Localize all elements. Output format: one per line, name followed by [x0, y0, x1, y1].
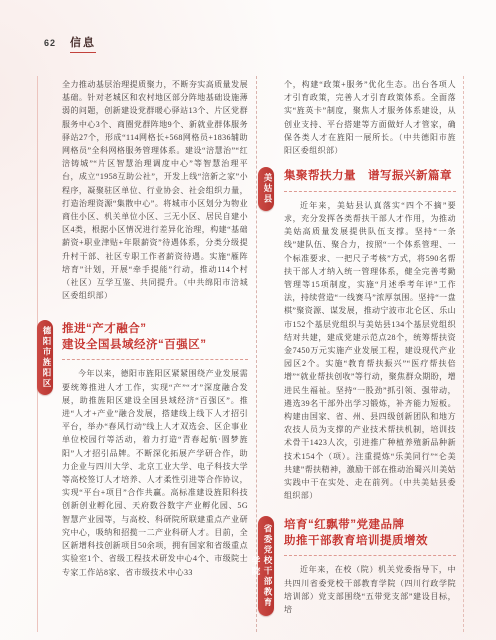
jingyang-article-continuation: 个，构建“政策+服务”优化生态。出台各项人才引育政策，完善人才引育政策体系。全面…	[284, 78, 456, 157]
magazine-page: 62 信息 全力推动基层治理提质聚力，不断夯实高质量发展基础。针对老城区和农村地…	[0, 0, 496, 640]
page-number: 62	[44, 38, 56, 48]
column-divider	[256, 76, 257, 632]
left-column: 全力推动基层治理提质聚力，不断夯实高质量发展基础。针对老城区和农村地区部分阵地基…	[62, 78, 248, 579]
fucheng-article-continuation: 全力推动基层治理提质聚力，不断夯实高质量发展基础。针对老城区和农村地区部分阵地基…	[62, 78, 248, 302]
article-jingyang-title: 推进“产才融合” 建设全国县域经济“百强区”	[62, 322, 248, 353]
meigu-body-text: 近年来，美姑县认真落实“四个不摘”要求，充分发挥各类帮扶干部人才作用，为推动美姑…	[284, 201, 456, 487]
headline-separator	[284, 555, 456, 556]
article-jingyang: 德阳市旌阳区 推进“产才融合” 建设全国县域经济“百强区” 今年以来，德阳市旌阳…	[62, 322, 248, 578]
right-column: 个，构建“政策+服务”优化生态。出台各项人才引育政策，完善人才引育政策体系。全面…	[284, 78, 456, 616]
region-label-school: 省委党校干部教育学院	[258, 516, 274, 616]
article-meigu: 美姑县 集聚帮扶力量 谱写振兴新篇章 近年来，美姑县认真落实“四个不摘”要求，充…	[284, 169, 456, 502]
title-line-1: 培育“红飘带”党建品牌	[284, 518, 456, 534]
title-line-1: 推进“产才融合”	[62, 322, 248, 338]
page-header: 62 信息	[44, 34, 96, 53]
title-line-2: 助推干部教育培训提质增效	[284, 534, 456, 550]
article-meigu-title: 集聚帮扶力量 谱写振兴新篇章	[284, 169, 456, 185]
section-title: 信息	[70, 34, 96, 53]
continuation-text: 全力推动基层治理提质聚力，不断夯实高质量发展基础。针对老城区和农村地区部分阵地基…	[62, 80, 248, 287]
article-school: 省委党校干部教育学院 培育“红飘带”党建品牌 助推干部教育培训提质增效 近年来，…	[284, 518, 456, 616]
region-label-jingyang: 德阳市旌阳区	[37, 320, 53, 395]
headline-separator	[284, 191, 456, 192]
right-margin-line	[463, 76, 464, 632]
article-school-title: 培育“红飘带”党建品牌 助推干部教育培训提质增效	[284, 518, 456, 549]
article-jingyang-body: 今年以来，德阳市旌阳区紧紧围绕产业发展需要统筹推进人才工作，实现“产”“才”深度…	[62, 367, 248, 578]
region-label-meigu: 美姑县	[258, 167, 274, 211]
article-meigu-body: 近年来，美姑县认真落实“四个不摘”要求，充分发挥各类帮扶干部人才作用，为推动美姑…	[284, 199, 456, 503]
headline-separator	[62, 359, 248, 360]
title-line-2: 建设全国县域经济“百强区”	[62, 338, 248, 354]
article-school-body: 近年来，在校（院）机关党委指导下，中共四川省委党校干部教育学院（四川行政学院培训…	[284, 563, 456, 616]
